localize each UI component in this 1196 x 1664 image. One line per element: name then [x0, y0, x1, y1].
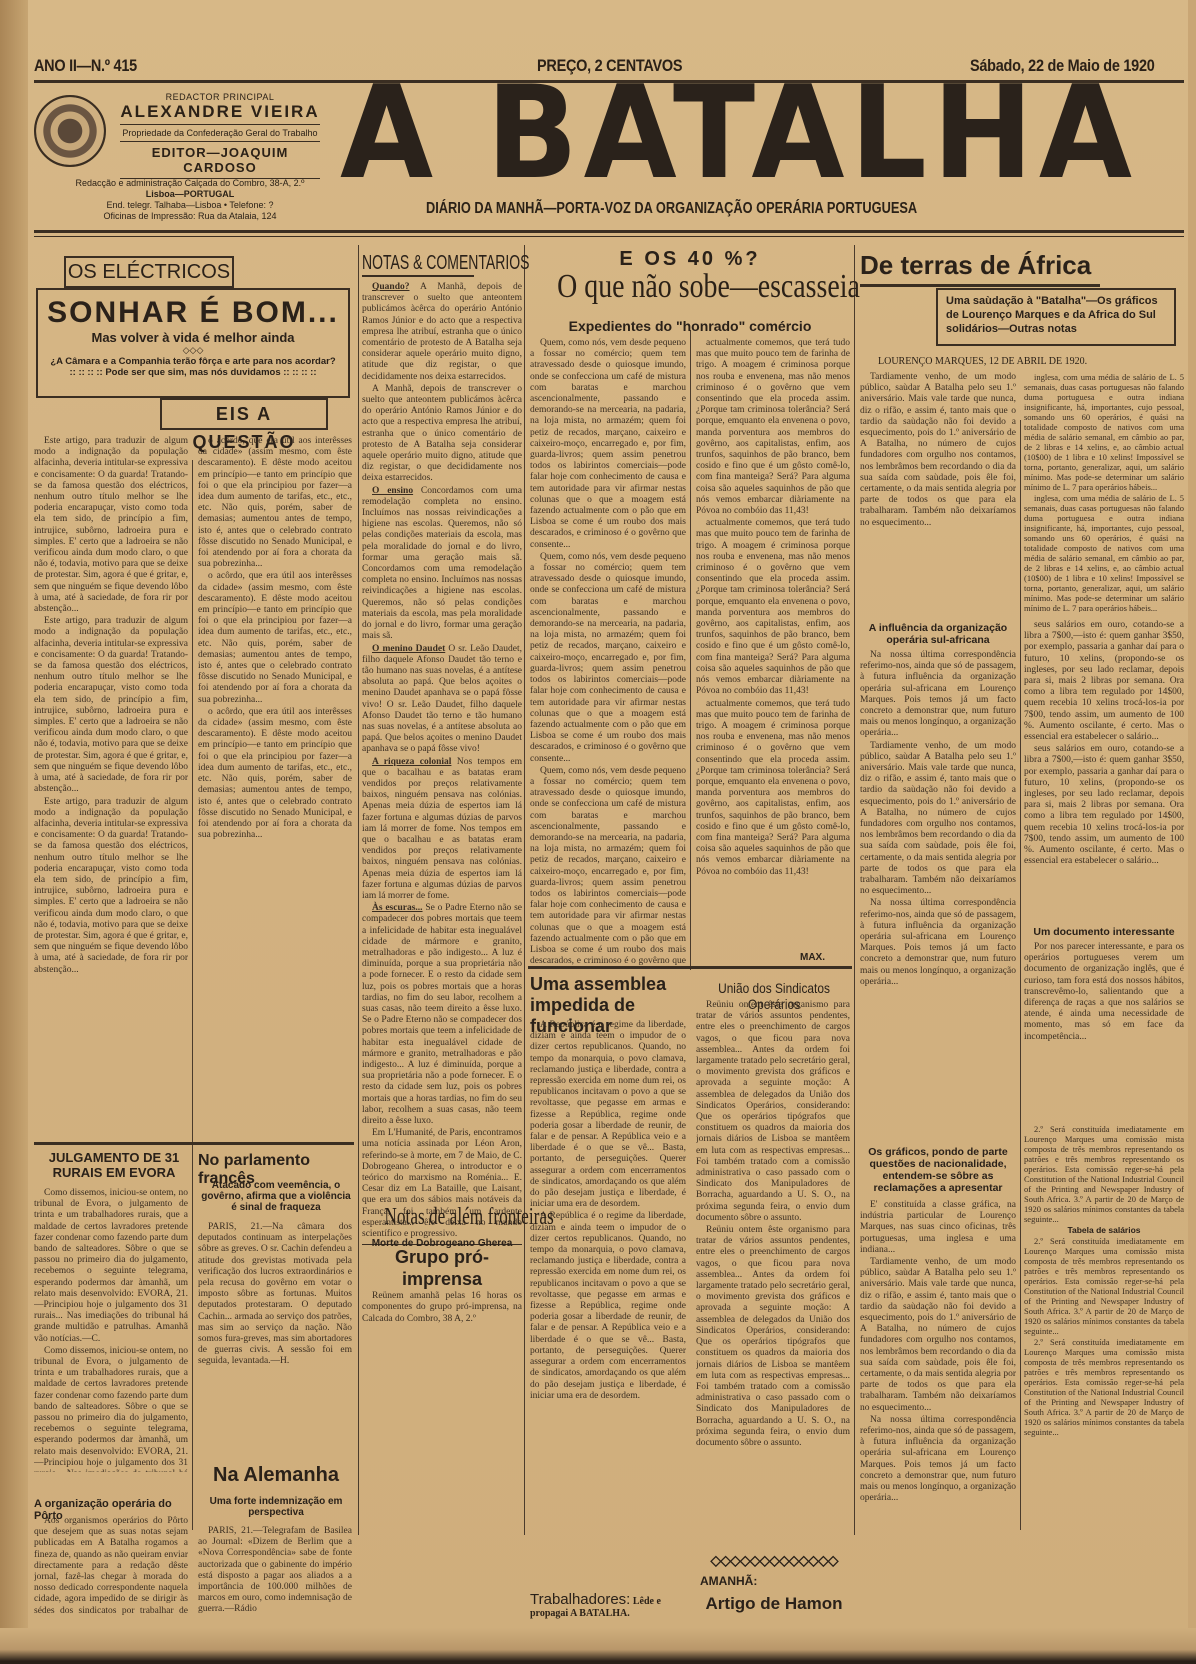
- africa-body-left: Tardiamente venho, de um modo público, s…: [860, 372, 1016, 620]
- electricos-subhead: Mas volver à vida é melhor ainda: [38, 330, 348, 345]
- table-title: Tabela de salários: [1024, 1225, 1184, 1235]
- fronteiras-body: Em L'Humanité, de Paris, encontramos uma…: [362, 1128, 522, 1183]
- electricos-question: ¿A Câmara e a Companhia terão fôrça e ar…: [38, 356, 348, 367]
- paragraph: seus salários em ouro, cotando-se a libr…: [1024, 620, 1184, 743]
- column-rule: [358, 245, 359, 1535]
- paragraph: o acôrdo, que era útil aos interêsses da…: [198, 436, 352, 570]
- julgamento-body: Como dissemos, iniciou-se ontem, no trib…: [34, 1188, 188, 1472]
- africa-agreement: 2.º Será constituída imediatamente em Lo…: [1024, 1124, 1184, 1614]
- uniao-ornament: ◇◇◇◇◇◇◇◇◇◇◇◇◇: [696, 1552, 852, 1569]
- paragraph: PARIS, 21.—Telegrafam de Basilea ao Jour…: [198, 1526, 352, 1616]
- africa-body-right: inglesa, com uma média de salário de L. …: [1024, 372, 1184, 612]
- paragraph: Este artigo, para traduzir de algum modo…: [34, 616, 188, 795]
- paragraph: Reüniu ontem êste organismo para tratar …: [696, 1000, 850, 1224]
- page-bottom-edge: [0, 1628, 1196, 1664]
- fronteiras-sub1: Morte de Dobrogeano Gherea: [362, 1238, 522, 1249]
- africa-sub2: Os gráficos, pondo de parte questões de …: [860, 1146, 1016, 1194]
- africa-sub2-body: E' constituída a classe gráfica, na indú…: [860, 1200, 1016, 1620]
- notas-item-text: Se o Padre Eterno não se compadecer dos …: [362, 1015, 522, 1126]
- africa-box: Uma saùdação à "Batalha"—Os gráficos de …: [936, 288, 1176, 346]
- africa-right-mid: seus salários em ouro, cotando-se a libr…: [1024, 620, 1184, 920]
- paragraph: Quem, como nós, vem desde pequeno a foss…: [530, 338, 686, 551]
- paragraph: 2.º Será constituída imediatamente em Lo…: [1024, 1124, 1184, 1224]
- africa-dateline: LOURENÇO MARQUES, 12 DE ABRIL DE 1920.: [878, 356, 1087, 367]
- paragraph: o acôrdo, que era útil aos interêsses da…: [198, 571, 352, 705]
- paragraph: Tardiamente venho, de um modo público, s…: [860, 372, 1016, 529]
- electricos-tag: OS ELÉCTRICOS: [66, 258, 232, 286]
- notas-item: A riqueza colonial Nos tempos em que o b…: [362, 757, 522, 903]
- ornament: ◇◇◇: [38, 345, 348, 356]
- address-block: Redacção e administração Calçada do Comb…: [40, 178, 340, 222]
- paragraph: actualmente comemos, que terá tudo mas q…: [696, 699, 850, 878]
- electricos-body-right: o acôrdo, que era útil aos interêsses da…: [198, 436, 352, 1136]
- africa-sub3: Um documento interessante: [1024, 926, 1184, 938]
- julgamento-title: JULGAMENTO DE 31 RURAIS EM EVORA: [40, 1150, 188, 1180]
- notas-item-label: A riqueza colonial: [372, 757, 451, 767]
- quarenta-signature: MAX.: [800, 952, 825, 963]
- electricos-tag2-box: EIS A QUESTÃO: [160, 398, 328, 430]
- notas-item-text: A Manhã, depois de transcrever o suelto …: [362, 384, 522, 484]
- paragraph: Quem, como nós, vem desde pequeno a foss…: [530, 552, 686, 765]
- address-line: Lisboa—PORTUGAL: [40, 189, 340, 200]
- paragraph: Este artigo, para traduzir de algum modo…: [34, 436, 188, 615]
- alemanha-title: Na Alemanha: [198, 1464, 354, 1487]
- africa-title-rule: [860, 284, 1100, 287]
- quarenta-body-right: actualmente comemos, que terá tudo mas q…: [696, 338, 850, 958]
- masthead-rule-thin: [34, 236, 1184, 237]
- paragraph: 2.º Será constituída imediatamente em Lo…: [1024, 1236, 1184, 1336]
- column-rule: [192, 460, 193, 1530]
- masthead-title: A BATALHA: [340, 74, 1158, 194]
- notas-item-text: O sr. Leão Daudet, filho daquele Afonso …: [362, 700, 522, 755]
- alemanha-body: PARIS, 21.—Telegrafam de Basilea ao Jour…: [198, 1526, 352, 1618]
- redactor-name: ALEXANDRE VIEIRA: [120, 102, 320, 125]
- seal-icon: [34, 95, 106, 167]
- parlamento-body: PARIS, 21.—Na câmara dos deputados conti…: [198, 1222, 352, 1452]
- paragraph: Aos organismos operários do Pôrto que de…: [34, 1516, 188, 1616]
- address-line: Redacção e administração Calçada do Comb…: [40, 178, 340, 189]
- grupo-body: Reünem amanhã pelas 16 horas os componen…: [362, 1291, 522, 1325]
- africa-box-text: Uma saùdação à "Batalha"—Os gráficos de …: [946, 294, 1166, 336]
- tomorrow-article: Artigo de Hamon: [696, 1594, 852, 1614]
- paragraph: Quem, como nós, vem desde pequeno a foss…: [530, 766, 686, 968]
- paragraph: Este artigo, para traduzir de algum modo…: [34, 797, 188, 976]
- notas-item-label: O menino Daudet: [372, 644, 445, 654]
- notas-item-text: Concordamos com uma remodelação completa…: [362, 486, 522, 563]
- paragraph: Por nos parecer interessante, e para os …: [1024, 942, 1184, 1043]
- paragraph: Na nossa última correspondência referimo…: [860, 650, 1016, 740]
- africa-sub1: A influência da organização operária sul…: [860, 622, 1016, 646]
- notas-item-text: Nos tempos em que o bacalhau e as batata…: [362, 824, 522, 901]
- paragraph: Tardiamente venho, de um modo público, s…: [860, 741, 1016, 898]
- masthead-rule: [34, 230, 1184, 233]
- paragraph: E' constituída a classe gráfica, na indú…: [860, 1200, 1016, 1256]
- paragraph: inglesa, com uma média de salário de L. …: [1024, 372, 1184, 492]
- paragraph: inglesa, com uma média de salário de L. …: [1024, 493, 1184, 612]
- paragraph: Reüniu ontem êste organismo para tratar …: [696, 1225, 850, 1449]
- paragraph: actualmente comemos, que terá tudo mas q…: [696, 518, 850, 697]
- paragraph: PARIS, 21.—Na câmara dos deputados conti…: [198, 1222, 352, 1368]
- tomorrow-label: AMANHÃ:: [700, 1574, 757, 1588]
- editorial-box: REDACTOR PRINCIPAL ALEXANDRE VIEIRA Prop…: [120, 92, 320, 179]
- electricos-answer: :: :: :: :: Pode ser que sim, mas nós du…: [38, 367, 348, 378]
- notas-item: A Manhã, depois de transcrever o suelto …: [362, 384, 522, 485]
- column-rule: [1020, 420, 1021, 1530]
- paragraph: actualmente comemos, que terá tudo mas q…: [696, 338, 850, 517]
- uniao-body: Reüniu ontem êste organismo para tratar …: [696, 1000, 850, 1546]
- electricos-headline: SONHAR É BOM...: [38, 296, 348, 330]
- notas-item-text: A Manhã, depois de transcrever o suelto …: [362, 282, 522, 382]
- notas-body: Quando? A Manhã, depois de transcrever o…: [362, 282, 522, 1602]
- quarenta-headline: O que não sobe—escasseia: [557, 268, 823, 306]
- editor-line: EDITOR—JOAQUIM CARDOSO: [120, 142, 320, 179]
- notas-item-label: Quando?: [372, 282, 410, 292]
- notas-item: O menino Daudet O sr. Leão Daudet, filho…: [362, 644, 522, 756]
- trabalhadores-label: Trabalhadores:: [530, 1591, 630, 1608]
- paragraph: Como dissemos, iniciou-se ontem, no trib…: [34, 1188, 188, 1345]
- quarenta-subhead: Expedientes do "honrado" comércio: [530, 318, 850, 334]
- africa-sub3-body: Por nos parecer interessante, e para os …: [1024, 942, 1184, 1122]
- notas-item: Quando? A Manhã, depois de transcrever o…: [362, 282, 522, 383]
- paragraph: A República é o regime da liberdade, diz…: [530, 1211, 686, 1401]
- notas-item-label: O ensino: [372, 486, 413, 496]
- africa-sub1-body: Na nossa última correspondência referimo…: [860, 650, 1016, 1102]
- trabalhadores-banner: Trabalhadores: Lêde e propagai A BATALHA…: [530, 1594, 686, 1620]
- notas-title: NOTAS & COMENTARIOS: [362, 252, 474, 277]
- paragraph: A República é o regime da liberdade, diz…: [530, 1020, 686, 1210]
- grupo-title: Grupo pró-imprensa: [362, 1246, 522, 1290]
- address-line: End. telegr. Talhaba—Lisboa • Telefone: …: [40, 200, 340, 211]
- paragraph: Na nossa última correspondência referimo…: [860, 898, 1016, 988]
- africa-title: De terras de África: [860, 250, 1091, 281]
- issue-number: ANO II—N.º 415: [34, 56, 137, 76]
- masthead-subtitle: DIÁRIO DA MANHÃ—PORTA-VOZ DA ORGANIZAÇÃO…: [426, 200, 917, 218]
- paragraph: 2.º Será constituída imediatamente em Lo…: [1024, 1337, 1184, 1437]
- paragraph: Como dissemos, iniciou-se ontem, no trib…: [34, 1346, 188, 1472]
- section-rule: [528, 966, 852, 969]
- assembleia-body: A República é o regime da liberdade, diz…: [530, 1020, 686, 1520]
- parlamento-subhead: Atacado com veemência, o govêrno, afirma…: [198, 1180, 354, 1213]
- notas-item-text: Nos tempos em que o bacalhau e as batata…: [362, 757, 522, 834]
- alemanha-subhead: Uma forte indemnização em perspectiva: [198, 1496, 354, 1518]
- electricos-tag-box: OS ELÉCTRICOS: [64, 256, 234, 288]
- property-line: Propriedade da Confederação Geral do Tra…: [120, 125, 320, 142]
- notas-item: O ensino Concordamos com uma remodelação…: [362, 486, 522, 643]
- paragraph: o acôrdo, que era útil aos interêsses da…: [198, 707, 352, 841]
- fronteiras-title: Notas de além fronteiras: [384, 1204, 499, 1231]
- electricos-body-left: Este artigo, para traduzir de algum modo…: [34, 436, 188, 1136]
- paragraph: seus salários em ouro, cotando-se a libr…: [1024, 744, 1184, 867]
- redactor-label: REDACTOR PRINCIPAL: [120, 92, 320, 102]
- page-edge: [0, 0, 28, 1664]
- notas-item-text: Concordamos com uma remodelação completa…: [362, 564, 522, 641]
- paragraph: Na nossa última correspondência referimo…: [860, 1415, 1016, 1505]
- column-rule: [854, 245, 855, 1535]
- electricos-headline-box: SONHAR É BOM... Mas volver à vida é melh…: [36, 288, 350, 398]
- section-rule: [34, 1142, 354, 1145]
- notas-item-label: Às escuras...: [372, 903, 423, 913]
- porto-body: Aos organismos operários do Pôrto que de…: [34, 1516, 188, 1616]
- notas-item: Às escuras... Se o Padre Eterno não se c…: [362, 903, 522, 1127]
- quarenta-body-left: Quem, como nós, vem desde pequeno a foss…: [530, 338, 686, 968]
- paragraph: Tardiamente venho, de um modo público, s…: [860, 1257, 1016, 1414]
- column-rule: [524, 245, 525, 1535]
- notas-item-text: Se o Padre Eterno não se compadecer dos …: [362, 903, 522, 1014]
- column-rule: [690, 330, 691, 970]
- address-line: Oficinas de Impressão: Rua da Atalaia, 1…: [40, 211, 340, 222]
